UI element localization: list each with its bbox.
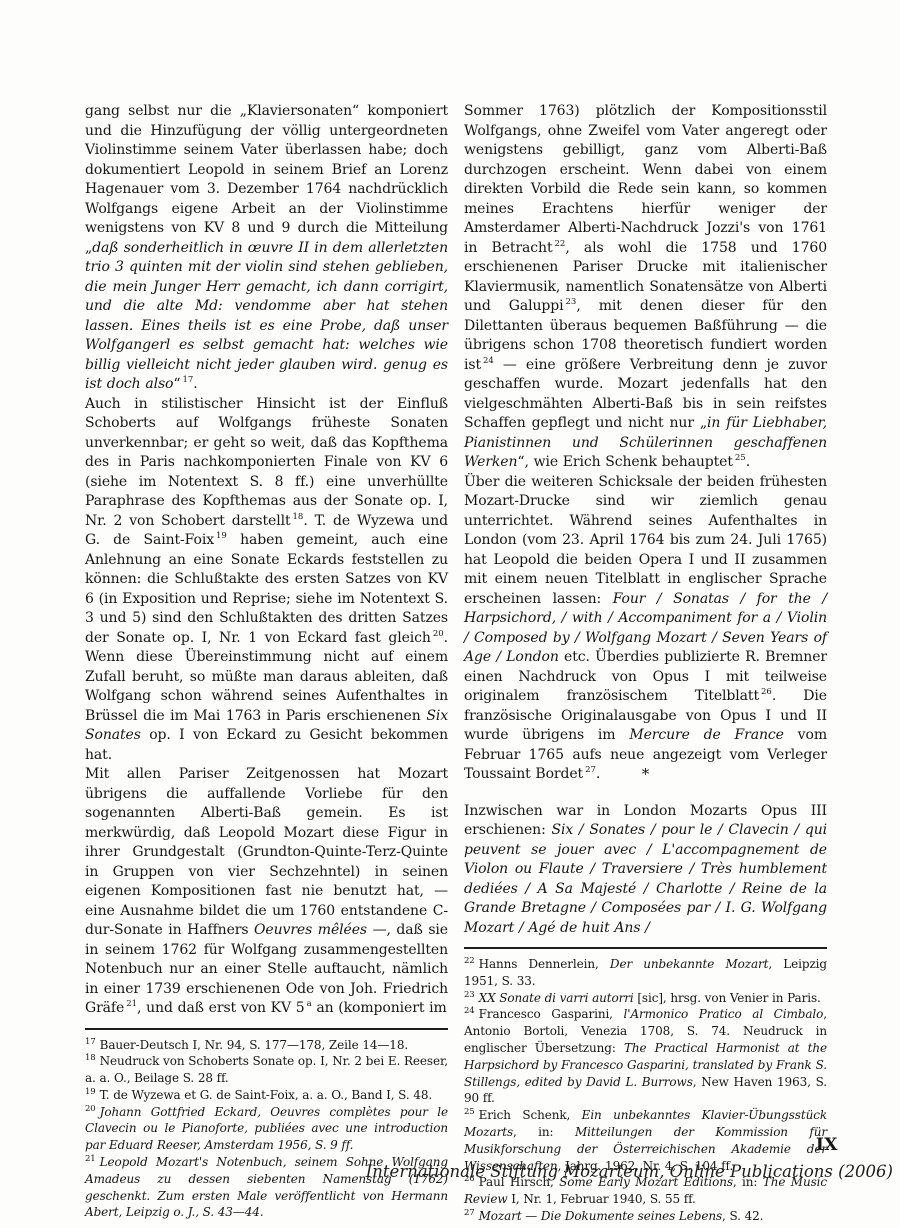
footnote-reference: 20 [433, 629, 444, 639]
text-run: [sic], hrsg. von Venier in Paris. [634, 991, 821, 1005]
footnote-reference: 17 [182, 375, 193, 385]
footnote-number: 27 [464, 1208, 475, 1218]
text-run: . [596, 766, 600, 782]
footnote-reference: 22 [554, 239, 565, 249]
paragraph: Über die weiteren Schicksale der beiden … [464, 473, 827, 785]
text-run: XX Sonate di varri autorri [479, 991, 634, 1005]
left-column-body-text: gang selbst nur die „Klaviersonaten“ kom… [85, 102, 448, 1019]
footnote: 18Neudruck von Schoberts Sonate op. I, N… [85, 1053, 448, 1087]
right-column: Sommer 1763) plötzlich der Kompositionss… [464, 102, 827, 1225]
text-run: Neudruck von Schoberts Sonate op. I, Nr.… [85, 1054, 448, 1085]
paragraph: Inzwischen war in London Mozarts Opus II… [464, 802, 827, 939]
text-run: “, wie Erich Schenk behauptet [517, 454, 732, 470]
left-column-footnotes: 17Bauer-Deutsch I, Nr. 94, S. 177—178, Z… [85, 1037, 448, 1222]
footnote-reference: 19 [216, 531, 227, 541]
text-run: I, Nr. 1, Februar 1940, S. 55 ff. [508, 1192, 696, 1206]
footnote-number: 18 [85, 1053, 96, 1063]
text-run: gang selbst nur die „Klaviersonaten“ kom… [85, 103, 448, 256]
publication-credit-footer: Internationale Stiftung Mozarteum, Onlin… [366, 1162, 893, 1181]
footnote-reference: 21 [126, 999, 137, 1009]
text-run: Der unbekannte Mozart [610, 957, 768, 971]
footnote: 17Bauer-Deutsch I, Nr. 94, S. 177—178, Z… [85, 1037, 448, 1054]
paragraph: gang selbst nur die „Klaviersonaten“ kom… [85, 102, 448, 395]
footnote-number: 21 [85, 1154, 96, 1164]
footnote: 19T. de Wyzewa et G. de Saint-Foix, a. a… [85, 1087, 448, 1104]
footnote-reference: 18 [293, 512, 304, 522]
footnote-reference: 27 [585, 765, 596, 775]
text-run: Six / Sonates / pour le / Clavecin / qui… [464, 822, 827, 936]
footnote-number: 19 [85, 1087, 96, 1097]
text-run: l'Armonico Pratico al Cimbalo [624, 1007, 824, 1021]
text-run: Über die weiteren Schicksale der beiden … [464, 474, 827, 607]
text-run: . [746, 454, 750, 470]
text-run: , in: [513, 1125, 575, 1139]
footnote: 27Mozart — Die Dokumente seines Lebens, … [464, 1208, 827, 1225]
paragraph: Sommer 1763) plötzlich der Kompositionss… [464, 102, 827, 473]
text-run: , und daß erst von KV 5 [137, 1000, 305, 1016]
text-run: “ [173, 376, 180, 392]
footnote-number: 23 [464, 990, 475, 1000]
footnote-reference: 24 [483, 356, 494, 366]
text-run: Mercure de France [629, 727, 783, 743]
text-run: daß sonderheitlich in œuvre II in dem al… [85, 240, 448, 393]
text-run: Hanns Dennerlein, [479, 957, 610, 971]
text-run: Sommer 1763) plötzlich der Kompositionss… [464, 103, 827, 256]
paragraph: Auch in stilistischer Hinsicht ist der E… [85, 395, 448, 766]
text-block: gang selbst nur die „Klaviersonaten“ kom… [85, 102, 827, 1225]
document-page: gang selbst nur die „Klaviersonaten“ kom… [0, 0, 900, 1228]
footnote-reference: 23 [566, 297, 577, 307]
footnote-number: 25 [464, 1107, 475, 1117]
text-run: T. de Wyzewa et G. de Saint-Foix, a. a. … [100, 1088, 432, 1102]
text-run: Mozart — Die Dokumente seines Lebens [479, 1209, 722, 1223]
footnote-number: 20 [85, 1104, 96, 1114]
paragraph: Mit allen Pariser Zeitgenossen hat Mozar… [85, 765, 448, 1019]
text-run: Auch in stilistischer Hinsicht ist der E… [85, 396, 448, 529]
text-run: Bauer-Deutsch I, Nr. 94, S. 177—178, Zei… [100, 1038, 408, 1052]
footnote-separator-rule [464, 947, 827, 949]
footnote: 20Johann Gottfried Eckard, Oeuvres compl… [85, 1104, 448, 1154]
text-run: . [193, 376, 197, 392]
text-run: Johann Gottfried Eckard, Oeuvres complèt… [85, 1105, 448, 1153]
footnote-reference: 26 [761, 687, 772, 697]
left-column: gang selbst nur die „Klaviersonaten“ kom… [85, 102, 448, 1225]
page-number: IX [816, 1135, 838, 1155]
footnote-number: 24 [464, 1006, 475, 1016]
text-run: Mit allen Pariser Zeitgenossen hat Mozar… [85, 766, 448, 938]
right-column-footnotes: 22Hanns Dennerlein, Der unbekannte Mozar… [464, 956, 827, 1225]
footnote-number: 22 [464, 956, 475, 966]
footnote-reference: 25 [735, 453, 746, 463]
text-run: Oeuvres mêlées [254, 922, 367, 938]
footnote-separator-rule [85, 1028, 448, 1030]
text-run: , S. 42. [722, 1209, 763, 1223]
footnote: 24Francesco Gasparini, l'Armonico Pratic… [464, 1006, 827, 1107]
text-run: Francesco Gasparini, [479, 1007, 624, 1021]
footnote: 22Hanns Dennerlein, Der unbekannte Mozar… [464, 956, 827, 990]
footnote: 23XX Sonate di varri autorri [sic], hrsg… [464, 990, 827, 1007]
text-run: an (komponiert im [312, 1000, 447, 1016]
footnote-number: 17 [85, 1037, 96, 1047]
right-column-body-text: Sommer 1763) plötzlich der Kompositionss… [464, 102, 827, 938]
text-run: haben gemeint, auch eine Anlehnung an ei… [85, 532, 448, 646]
text-run: Erich Schenk, [479, 1108, 582, 1122]
